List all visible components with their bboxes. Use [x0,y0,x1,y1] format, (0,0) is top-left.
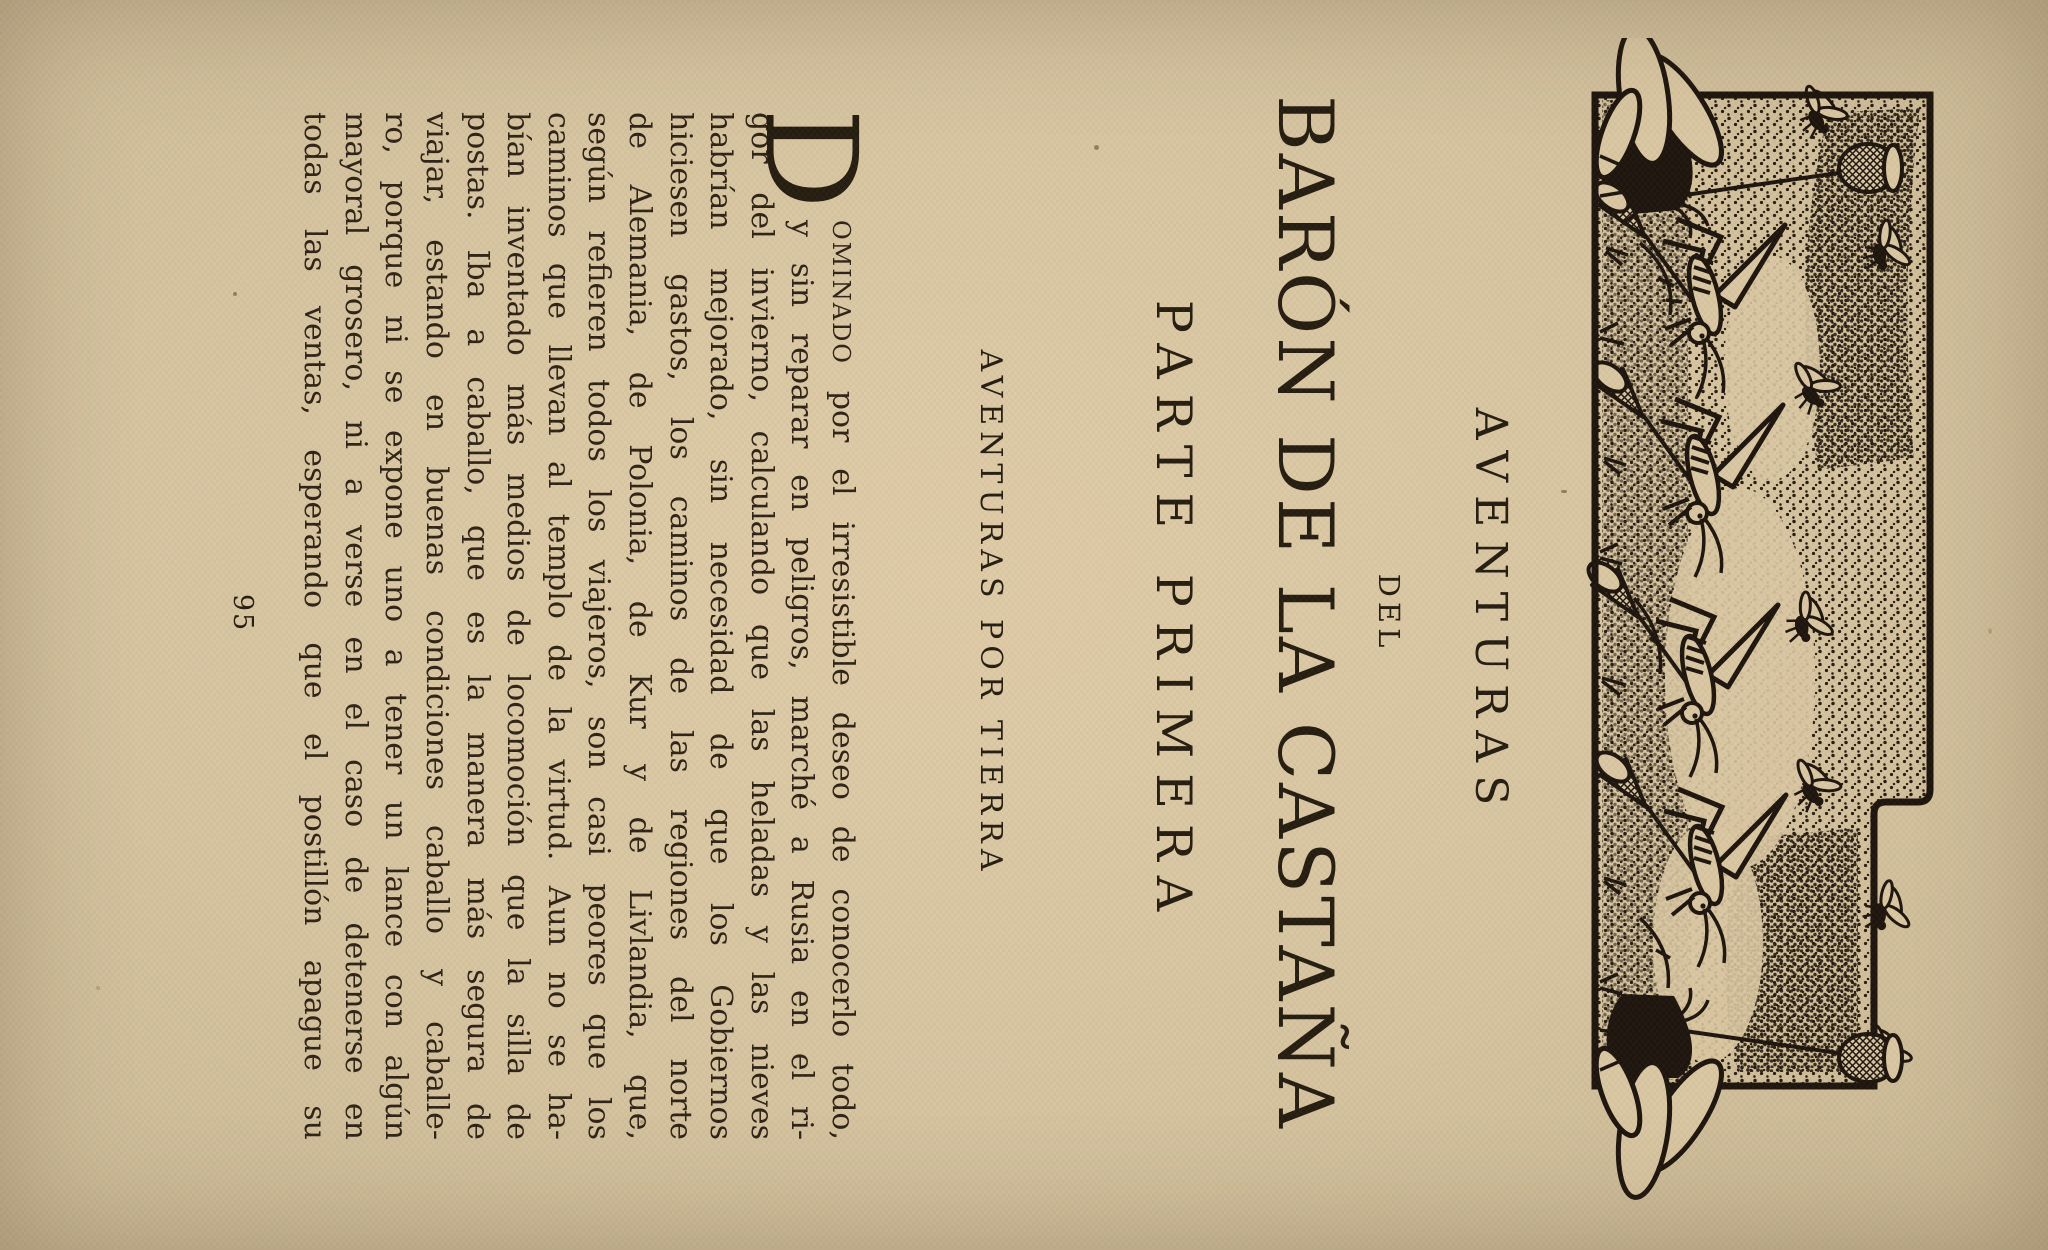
chapter-title: AVENTURAS POR TIERRA [973,0,1008,1226]
body-line: todas las ventas, esperando que el posti… [294,112,335,1140]
body-paragraph: D OMINADO por el irresistible deseo de c… [294,112,862,1140]
drop-cap: D [758,108,862,209]
body-line: según refieren todos los viajeros, son c… [578,112,619,1140]
body-line: de Alemania, de Polonia, de Kur y de Liv… [618,112,659,1140]
body-line: gor del invierno, calculando que las hel… [740,112,781,1140]
body-line: y sin reparar en peligros, marché a Rusi… [781,112,822,1140]
part-title: PARTE PRIMERA [1145,0,1202,1226]
first-word-small-caps: OMINADO [827,220,855,365]
first-line-rest: por el irresistible deseo de conocerlo t… [825,365,860,1140]
insect-frieze-illustration [1586,38,1940,1202]
body-line: bían inventado más medios de locomoción … [497,112,538,1140]
body-line: mayoral grosero, ni a verse en el caso d… [334,112,375,1140]
scanned-book-page: AVENTURAS DEL BARÓN DE LA CASTAÑA PARTE … [0,0,2048,1250]
body-line: viajar, estando en buenas condiciones ca… [415,112,456,1140]
body-line: hiciesen gastos, los caminos de las regi… [659,112,700,1140]
body-line: ro, porque ni se expone uno a tener un l… [375,112,416,1140]
series-title: AVENTURAS [1465,0,1516,1226]
book-title: BARÓN DE LA CASTAÑA [1261,0,1350,1226]
body-line: caminos que llevan al templo de la virtu… [537,112,578,1140]
body-line: postas. Iba a caballo, que es la manera … [456,112,497,1140]
page-number: 95 [227,0,258,1226]
rotated-page-content: AVENTURAS DEL BARÓN DE LA CASTAÑA PARTE … [0,0,2048,1250]
body-line: habrían mejorado, sin necesidad de que l… [700,112,741,1140]
series-connector: DEL [1372,0,1406,1226]
body-line: OMINADO por el irresistible deseo de con… [821,112,862,1140]
